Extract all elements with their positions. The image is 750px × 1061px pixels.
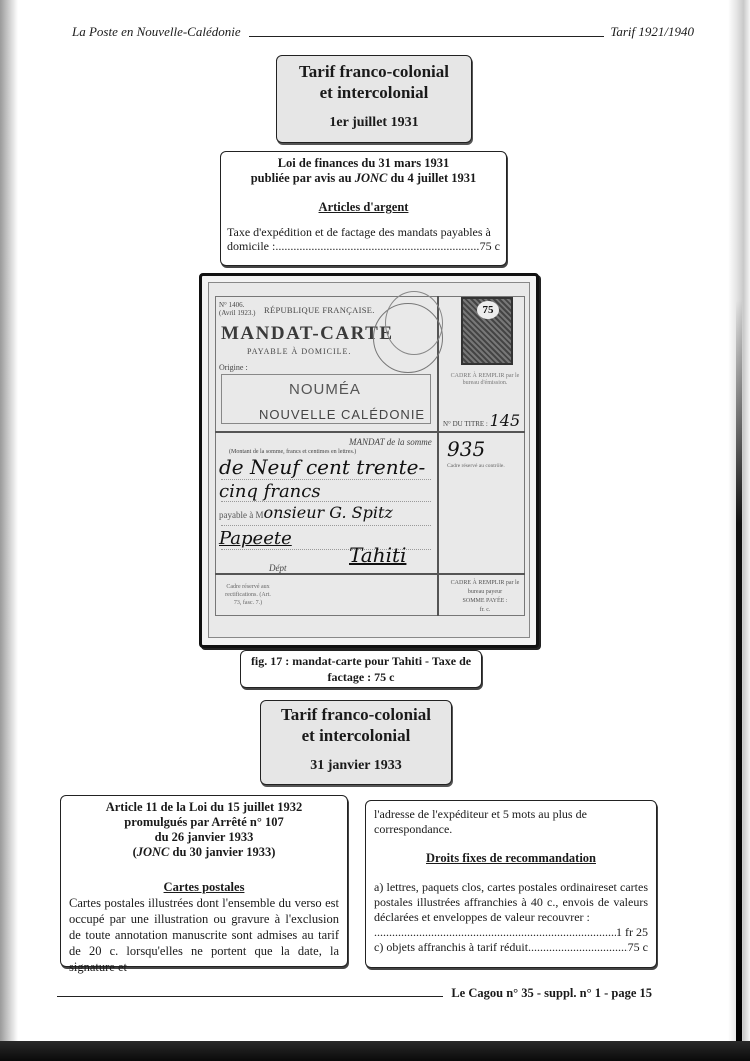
law-line4: (JONC du 30 janvier 1933): [69, 845, 339, 860]
card-number: N° 1406.(Avril 1923.): [219, 301, 255, 317]
header-right: Tarif 1921/1940: [610, 24, 694, 40]
law-subheading: Cartes postales: [69, 880, 339, 895]
tariff-row: domicile : 75 c: [227, 239, 500, 253]
card-amount-words-1: de Neuf cent trente-: [219, 455, 425, 479]
section-date: 31 janvier 1933: [261, 758, 451, 774]
law-text: Cartes postales illustrées dont l'ensemb…: [69, 895, 339, 975]
card-ruled-line: [221, 479, 431, 480]
law-text: Taxe d'expédition et de factage des mand…: [227, 225, 500, 239]
card-street: Papeete: [219, 528, 292, 549]
stamp-value: 75: [477, 301, 499, 319]
law-box-1933-continued: l'adresse de l'expéditeur et 5 mots au p…: [365, 800, 657, 968]
section-date: 1er juillet 1931: [277, 115, 471, 131]
caption-line2: factage : 75 c: [241, 669, 481, 685]
page-bottom-band: [0, 1041, 750, 1061]
continued-text: l'adresse de l'expéditeur et 5 mots au p…: [374, 807, 648, 837]
card-cadre-payeur: CADRE À REMPLIR par le bureau payeur SOM…: [443, 579, 527, 615]
law-line2: publiée par avis au JONC du 4 juillet 19…: [227, 171, 500, 186]
running-header: La Poste en Nouvelle-Calédonie Tarif 192…: [72, 20, 694, 40]
section-title-1933: Tarif franco-colonial et intercolonial 3…: [260, 700, 452, 785]
law-line2: promulgués par Arrêté n° 107: [69, 815, 339, 830]
item-c-value: 75 c: [628, 940, 648, 955]
item-a: a) lettres, paquets clos, cartes postale…: [374, 880, 648, 925]
law-subheading: Articles d'argent: [227, 200, 500, 215]
section-title-1931: Tarif franco-colonial et intercolonial 1…: [276, 55, 472, 143]
header-rule: [249, 36, 605, 37]
figure-caption: fig. 17 : mandat-carte pour Tahiti - Tax…: [240, 650, 482, 688]
law-line3: du 26 janvier 1933: [69, 830, 339, 845]
page-left-shade: [0, 0, 18, 1061]
postmark-ring-icon: [385, 291, 443, 355]
card-origin-country: NOUVELLE CALÉDONIE: [259, 407, 425, 422]
card-controle: Cadre réservé au contrôle.: [447, 463, 505, 469]
item-c-row: c) objets affranchis à tarif réduit 75 c: [374, 940, 648, 955]
card-titre: N° DU TITRE : 145: [443, 411, 520, 430]
card-amount-figures: 935: [447, 437, 485, 461]
card-dept: Dépt: [269, 563, 287, 573]
card-payee: payable à Monsieur G. Spitz: [219, 503, 393, 522]
header-left: La Poste en Nouvelle-Calédonie: [72, 24, 241, 40]
card-title: MANDAT-CARTE: [221, 323, 394, 345]
law-line1: Loi de finances du 31 mars 1931: [227, 156, 500, 171]
footer-text: Le Cagou n° 35 - suppl. n° 1 - page 15: [451, 986, 652, 1001]
card-origin-city: NOUMÉA: [289, 381, 361, 398]
card-ruled-line: [221, 525, 431, 526]
card-amount-words-2: cinq francs: [219, 481, 321, 502]
tariff-value: 75 c: [480, 239, 500, 253]
recommandation-subheading: Droits fixes de recommandation: [374, 851, 648, 866]
card-divider-2: [215, 573, 525, 575]
card-rectifications: Cadre réservé aux rectifications. (Art. …: [223, 583, 273, 607]
caption-line1: fig. 17 : mandat-carte pour Tahiti - Tax…: [241, 653, 481, 669]
card-origin-label: Origine :: [219, 363, 248, 372]
card-republic: RÉPUBLIQUE FRANÇAISE.: [264, 305, 375, 315]
card-divider-1: [215, 431, 525, 433]
item-c-label: c) objets affranchis à tarif réduit: [374, 940, 528, 955]
tariff-label: domicile :: [227, 239, 275, 253]
law-box-1933: Article 11 de la Loi du 15 juillet 1932 …: [60, 795, 348, 967]
item-a-row: 1 fr 25: [374, 925, 648, 940]
leader-dots: [528, 940, 628, 955]
item-a-value: 1 fr 25: [616, 925, 648, 940]
footer-rule: [57, 996, 443, 997]
page-right-shadow: [736, 300, 742, 1045]
card-locality: Tahiti: [349, 543, 406, 567]
mandat-carte-photo: N° 1406.(Avril 1923.) RÉPUBLIQUE FRANÇAI…: [199, 273, 539, 648]
leader-dots: [374, 925, 616, 940]
section-title-line1: Tarif franco-colonial: [261, 704, 451, 725]
mandat-carte: N° 1406.(Avril 1923.) RÉPUBLIQUE FRANÇAI…: [208, 282, 530, 638]
card-subtitle: PAYABLE À DOMICILE.: [247, 347, 351, 356]
section-title-line2: et intercolonial: [277, 82, 471, 103]
section-title-line1: Tarif franco-colonial: [277, 61, 471, 82]
leader-dots: [275, 239, 479, 253]
card-cadre-emission: CADRE À REMPLIR par le bureau d'émission…: [445, 373, 525, 387]
postage-stamp-icon: 75: [461, 297, 513, 365]
card-mandat-somme: MANDAT de la somme: [349, 437, 432, 447]
running-footer: Le Cagou n° 35 - suppl. n° 1 - page 15: [57, 986, 652, 1001]
law-line1: Article 11 de la Loi du 15 juillet 1932: [69, 800, 339, 815]
law-box-1931: Loi de finances du 31 mars 1931 publiée …: [220, 151, 507, 266]
section-title-line2: et intercolonial: [261, 725, 451, 746]
